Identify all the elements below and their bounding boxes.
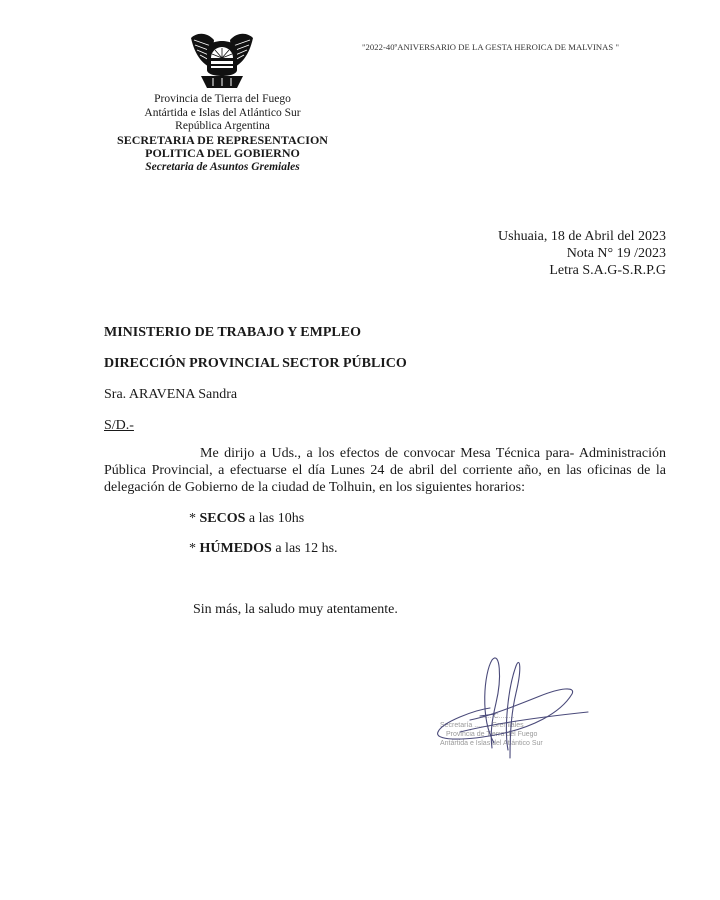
salutation: S/D.-	[104, 418, 134, 434]
province-coat-of-arms-icon	[187, 28, 257, 92]
schedule-group: HÚMEDOS	[200, 541, 272, 556]
bullet: *	[189, 541, 196, 556]
place-date: Ushuaia, 18 de Abril del 2023	[498, 228, 666, 245]
schedule-time: a las 12 hs.	[275, 541, 337, 556]
anniversary-motto: "2022-40ºANIVERSARIO DE LA GESTA HEROICA…	[362, 42, 619, 52]
letterhead-line: Provincia de Tierra del Fuego	[90, 93, 355, 107]
note-number: Nota N° 19 /2023	[498, 245, 666, 262]
bullet: *	[189, 511, 196, 526]
reference-block: Ushuaia, 18 de Abril del 2023 Nota N° 19…	[498, 228, 666, 279]
schedule-time: a las 10hs	[249, 511, 304, 526]
schedule-group: SECOS	[200, 511, 246, 526]
recipient-ministry: MINISTERIO DE TRABAJO Y EMPLEO	[104, 325, 361, 341]
letter-code: Letra S.A.G-S.R.P.G	[498, 262, 666, 279]
handwritten-signature-icon	[420, 648, 590, 768]
closing-line: Sin más, la saludo muy atentamente.	[193, 602, 398, 618]
schedule-item: * HÚMEDOS a las 12 hs.	[189, 541, 338, 557]
recipient-person: Sra. ARAVENA Sandra	[104, 387, 237, 403]
letterhead-line: Antártida e Islas del Atlántico Sur	[90, 107, 355, 121]
letterhead: Provincia de Tierra del Fuego Antártida …	[90, 93, 355, 174]
body-paragraph: Me dirijo a Uds., a los efectos de convo…	[104, 445, 666, 496]
sub-secretariat-name: Secretaria de Asuntos Gremiales	[90, 161, 355, 175]
recipient-directorate: DIRECCIÓN PROVINCIAL SECTOR PÚBLICO	[104, 356, 407, 372]
schedule-item: * SECOS a las 10hs	[189, 511, 304, 527]
secretariat-name: SECRETARIA DE REPRESENTACION	[90, 134, 355, 148]
body-paragraph-text: Me dirijo a Uds., a los efectos de convo…	[104, 446, 666, 495]
secretariat-name: POLITICA DEL GOBIERNO	[90, 147, 355, 161]
letterhead-line: República Argentina	[90, 120, 355, 134]
